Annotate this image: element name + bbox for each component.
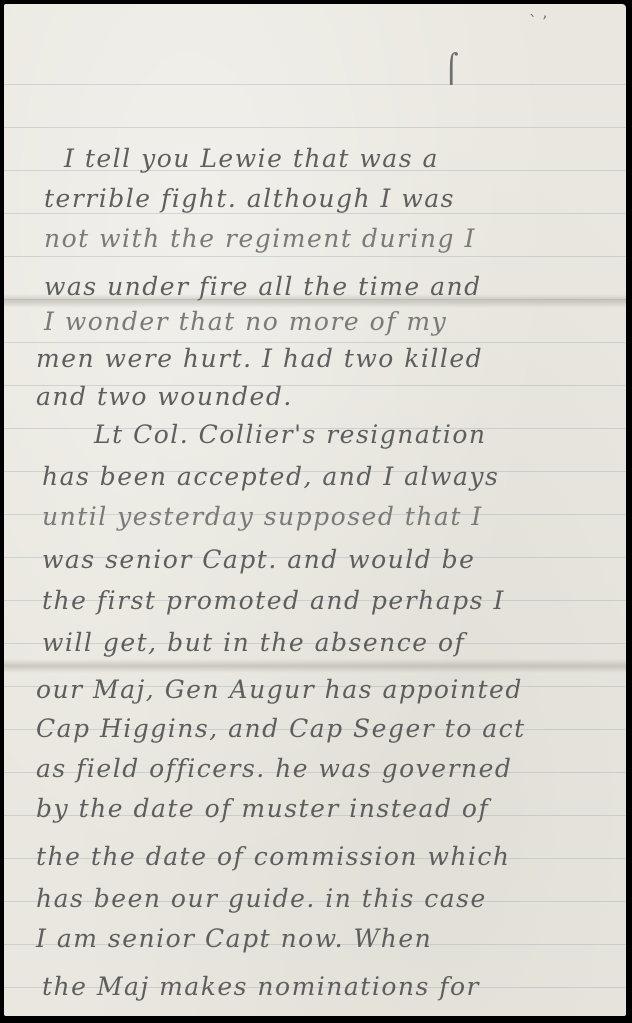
- ruled-line: [4, 127, 626, 128]
- ruled-line: [4, 84, 626, 85]
- letter-line: the the date of commission which: [36, 844, 511, 869]
- letter-line: and two wounded.: [36, 384, 293, 409]
- ruled-line: [4, 256, 626, 257]
- letter-line: by the date of muster instead of: [36, 796, 489, 821]
- letter-line: as field officers. he was governed: [36, 756, 512, 781]
- letter-line: will get, but in the absence of: [42, 630, 465, 655]
- letter-line: until yesterday supposed that I: [42, 504, 483, 529]
- letter-line: the first promoted and perhaps I: [42, 588, 505, 613]
- letter-line: I am senior Capt now. When: [36, 926, 432, 951]
- letter-line: terrible fight. although I was: [44, 186, 455, 211]
- letter-line: Cap Higgins, and Cap Seger to act: [36, 716, 526, 741]
- letter-line: was senior Capt. and would be: [42, 547, 475, 572]
- pencil-mark: ` ’: [529, 12, 547, 31]
- ruled-line: [4, 342, 626, 343]
- letter-line: was under fire all the time and: [44, 274, 482, 299]
- ruled-line: [4, 213, 626, 214]
- letter-line: I wonder that no more of my: [44, 309, 447, 334]
- letter-line: Lt Col. Collier's resignation: [94, 422, 487, 447]
- letter-line: has been accepted, and I always: [42, 464, 499, 489]
- letter-line: I tell you Lewie that was a: [64, 146, 439, 171]
- letter-page: ⌠ ` ’ I tell you Lewie that was a terrib…: [4, 4, 626, 1016]
- letter-line: men were hurt. I had two killed: [36, 346, 483, 371]
- letter-line: has been our guide. in this case: [36, 886, 487, 911]
- pencil-mark: ⌠: [444, 52, 459, 85]
- paper-fold: [4, 659, 626, 673]
- letter-line: the Maj makes nominations for: [42, 974, 480, 999]
- letter-line: not with the regiment during I: [44, 226, 476, 251]
- letter-line: our Maj, Gen Augur has appointed: [36, 677, 523, 702]
